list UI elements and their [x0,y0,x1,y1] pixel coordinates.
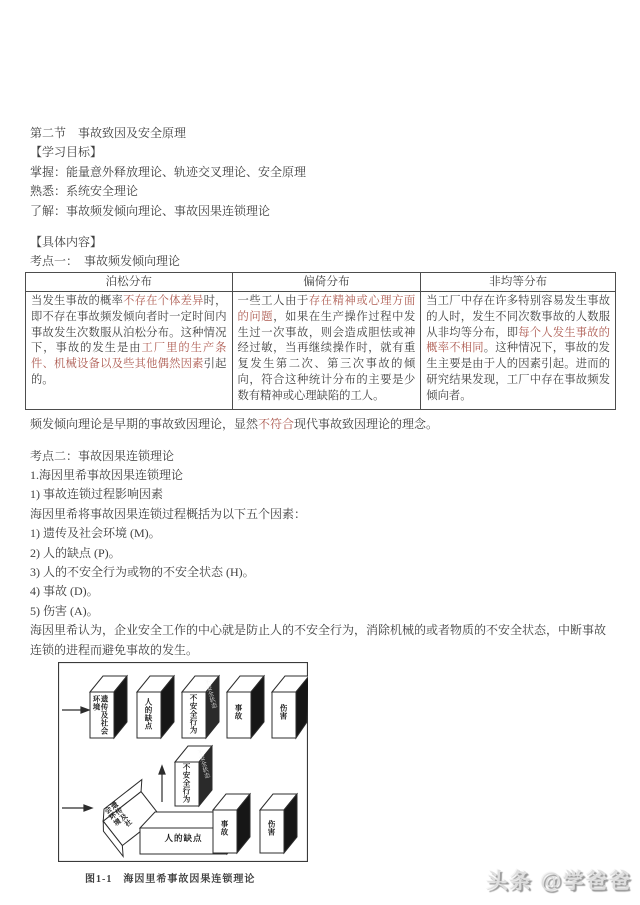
bottom-injury-label: 伤害 [267,820,275,846]
domino-diagram: 遗传及社会环境 人的缺点 不安全行为 不安全状态 事故 伤害 不安全行为 不安全… [58,662,308,862]
table-body-row: 当发生事故的概率不存在个体差异时，即不存在事故频发倾向者时一定时间内事故发生次数… [26,291,616,409]
domino-accident-label: 事故 [234,704,242,728]
topic2-sub2: 1) 事故连锁过程影响因素 [30,485,616,504]
goal-familiar: 熟悉：系统安全理论 [30,182,616,201]
cell-poisson: 当发生事故的概率不存在个体差异时，即不存在事故频发倾向者时一定时间内事故发生次数… [26,291,233,409]
cell-unequal: 当工厂中存在许多特别容易发生事故的人时，发生不同次数事故的人数服从非均等分布，即… [421,291,616,409]
domino-injury-label: 伤害 [279,704,287,728]
topic2-sub1: 1.海因里希事故因果连锁理论 [30,466,616,485]
goal-master: 掌握：能量意外释放理论、轨迹交叉理论、安全原理 [30,163,616,182]
domino-top-row [90,676,308,738]
content-header: 【具体内容】 [30,233,616,252]
after-table-paragraph: 频发倾向理论是早期的事故致因理论，显然不符合现代事故致因理论的理念。 [30,415,616,434]
top-arrow [62,707,89,713]
factor-item: 3) 人的不安全行为或物的不安全状态 (H)。 [30,563,616,582]
table-header-row: 泊松分布 偏倚分布 非均等分布 [26,272,616,291]
heinrich-paragraph: 海因里希认为，企业安全工作的中心就是防止人的不安全行为，消除机械的或者物质的不安… [30,621,616,660]
flat-human-fault-label: 人的缺点 [140,834,227,842]
up-arrow [159,766,165,802]
spacer [30,221,616,233]
document-body: 第二节 事故致因及安全原理 【学习目标】 掌握：能量意外释放理论、轨迹交叉理论、… [0,0,640,889]
distribution-table: 泊松分布 偏倚分布 非均等分布 当发生事故的概率不存在个体差异时，即不存在事故频… [25,272,616,410]
bottom-arrow [62,805,92,811]
lifted-unsafe-act-label: 不安全行为 [182,763,190,807]
domino-human-fault-label: 人的缺点 [144,698,152,736]
factor-item: 5) 伤害 (A)。 [30,602,616,621]
col-header-poisson: 泊松分布 [26,272,233,291]
learning-goals-header: 【学习目标】 [30,143,616,162]
spacer [30,435,616,447]
factor-item: 2) 人的缺点 (P)。 [30,544,616,563]
goal-understand: 了解：事故频发倾向理论、事故因果连锁理论 [30,202,616,221]
section-title: 第二节 事故致因及安全原理 [30,124,616,143]
page: { "colors": {"accent_red": "#ad5a50"}, "… [0,0,640,905]
bottom-accident-label: 事故 [220,820,228,846]
topic1-title: 考点一： 事故频发倾向理论 [30,252,616,271]
factor-item: 4) 事故 (D)。 [30,582,616,601]
domino-heredity-label: 遗传及社会环境 [92,695,108,735]
factors-intro: 海因里希将事故因果连锁过程概括为以下五个因素： [30,505,616,524]
col-header-unequal: 非均等分布 [421,272,616,291]
col-header-biased: 偏倚分布 [232,272,421,291]
factor-item: 1) 遗传及社会环境 (M)。 [30,524,616,543]
topic2-title: 考点二：事故因果连锁理论 [30,447,616,466]
watermark: 头条 @学爸爸 [487,865,632,895]
domino-unsafe-act-label: 不安全行为 [189,694,197,738]
cell-biased: 一些工人由于存在精神或心理方面的问题，如果在生产操作过程中发生过一次事故，则会造… [232,291,421,409]
